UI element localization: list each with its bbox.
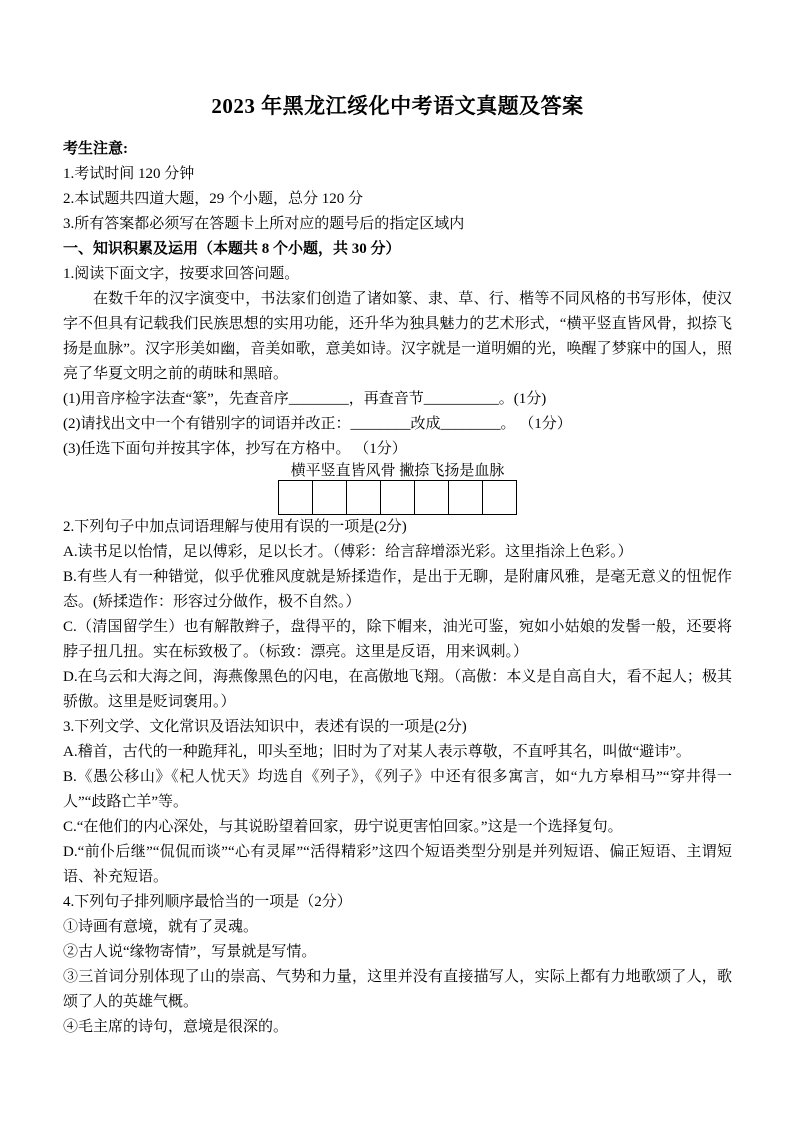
question2-option-a: A.读书足以怡情，足以傅彩，足以长才。（傅彩：给言辞增添光彩。这里指涂上色彩。） — [63, 540, 732, 565]
writing-grid-cell — [278, 480, 313, 515]
question4-sentence-1: ①诗画有意境，就有了灵魂。 — [63, 915, 732, 940]
question3-option-a: A.稽首，古代的一种跪拜礼，叩头至地；旧时为了对某人表示尊敬，不直呼其名，叫做“… — [63, 740, 732, 765]
question1-lead: 1.阅读下面文字，按要求回答问题。 — [63, 262, 732, 287]
question1-passage: 在数千年的汉字演变中，书法家们创造了诸如篆、隶、草、行、楷等不同风格的书写形体，… — [63, 287, 732, 387]
question2-option-c: C.（清国留学生）也有解散辫子，盘得平的，除下帽来，油光可鉴，宛如小姑娘的发髻一… — [63, 615, 732, 665]
notice-heading: 考生注意: — [63, 137, 732, 162]
question4-sentence-3: ③三首词分别体现了山的崇高、气势和力量，这里并没有直接描写人，实际上都有力地歌颂… — [63, 965, 732, 1015]
question4-sentence-2: ②古人说“缘物寄情”，写景就是写情。 — [63, 940, 732, 965]
notice-item-3: 3.所有答案都必须写在答题卡上所对应的题号后的指定区域内 — [63, 212, 732, 237]
question3-option-d: D.“前仆后继”“侃侃而谈”“心有灵犀”“活得精彩”这四个短语类型分别是并列短语… — [63, 840, 732, 890]
question1-sub2: (2)请找出文中一个有错别字的词语并改正：________改成________。… — [63, 412, 732, 437]
question1-copy-text: 横平竖直皆风骨 撇捺飞扬是血脉 — [63, 462, 732, 480]
notice-item-2: 2.本试题共四道大题，29 个小题，总分 120 分 — [63, 187, 732, 212]
question3-option-c: C.“在他们的内心深处，与其说盼望着回家，毋宁说更害怕回家。”这是一个选择复句。 — [63, 815, 732, 840]
writing-grid-cell — [414, 480, 449, 515]
section1-heading: 一、知识积累及运用（本题共 8 个小题，共 30 分） — [63, 237, 732, 262]
notice-item-1: 1.考试时间 120 分钟 — [63, 162, 732, 187]
document-content: 2023 年黑龙江绥化中考语文真题及答案 考生注意: 1.考试时间 120 分钟… — [63, 92, 732, 1040]
exam-document-page: 2023 年黑龙江绥化中考语文真题及答案 考生注意: 1.考试时间 120 分钟… — [0, 0, 794, 1123]
question4-lead: 4.下列句子排列顺序最恰当的一项是（2分） — [63, 890, 732, 915]
question3-lead: 3.下列文学、文化常识及语法知识中，表述有误的一项是(2分) — [63, 715, 732, 740]
writing-grid-cell — [380, 480, 415, 515]
writing-grid-cell — [482, 480, 517, 515]
document-title: 2023 年黑龙江绥化中考语文真题及答案 — [63, 92, 732, 120]
question1-writing-grid — [63, 480, 732, 515]
question1-sub1: (1)用音序检字法查“篆”，先查音序________，再查音节_________… — [63, 387, 732, 412]
question4-sentence-4: ④毛主席的诗句，意境是很深的。 — [63, 1015, 732, 1040]
question3-option-b: B.《愚公移山》《杞人忧天》均选自《列子》，《列子》中还有很多寓言，如“九方皋相… — [63, 765, 732, 815]
question2-option-b: B.有些人有一种错觉，似乎优雅风度就是矫揉造作，是出于无聊，是附庸风雅，是毫无意… — [63, 565, 732, 615]
question1-sub3: (3)任选下面句并按其字体，抄写在方格中。 （1分） — [63, 437, 732, 462]
writing-grid-cell — [312, 480, 347, 515]
question2-option-d: D.在乌云和大海之间，海燕像黑色的闪电，在高傲地飞翔。（高傲：本义是自高自大，看… — [63, 665, 732, 715]
writing-grid-cell — [448, 480, 483, 515]
question2-lead: 2.下列句子中加点词语理解与使用有误的一项是(2分) — [63, 515, 732, 540]
writing-grid-cell — [346, 480, 381, 515]
